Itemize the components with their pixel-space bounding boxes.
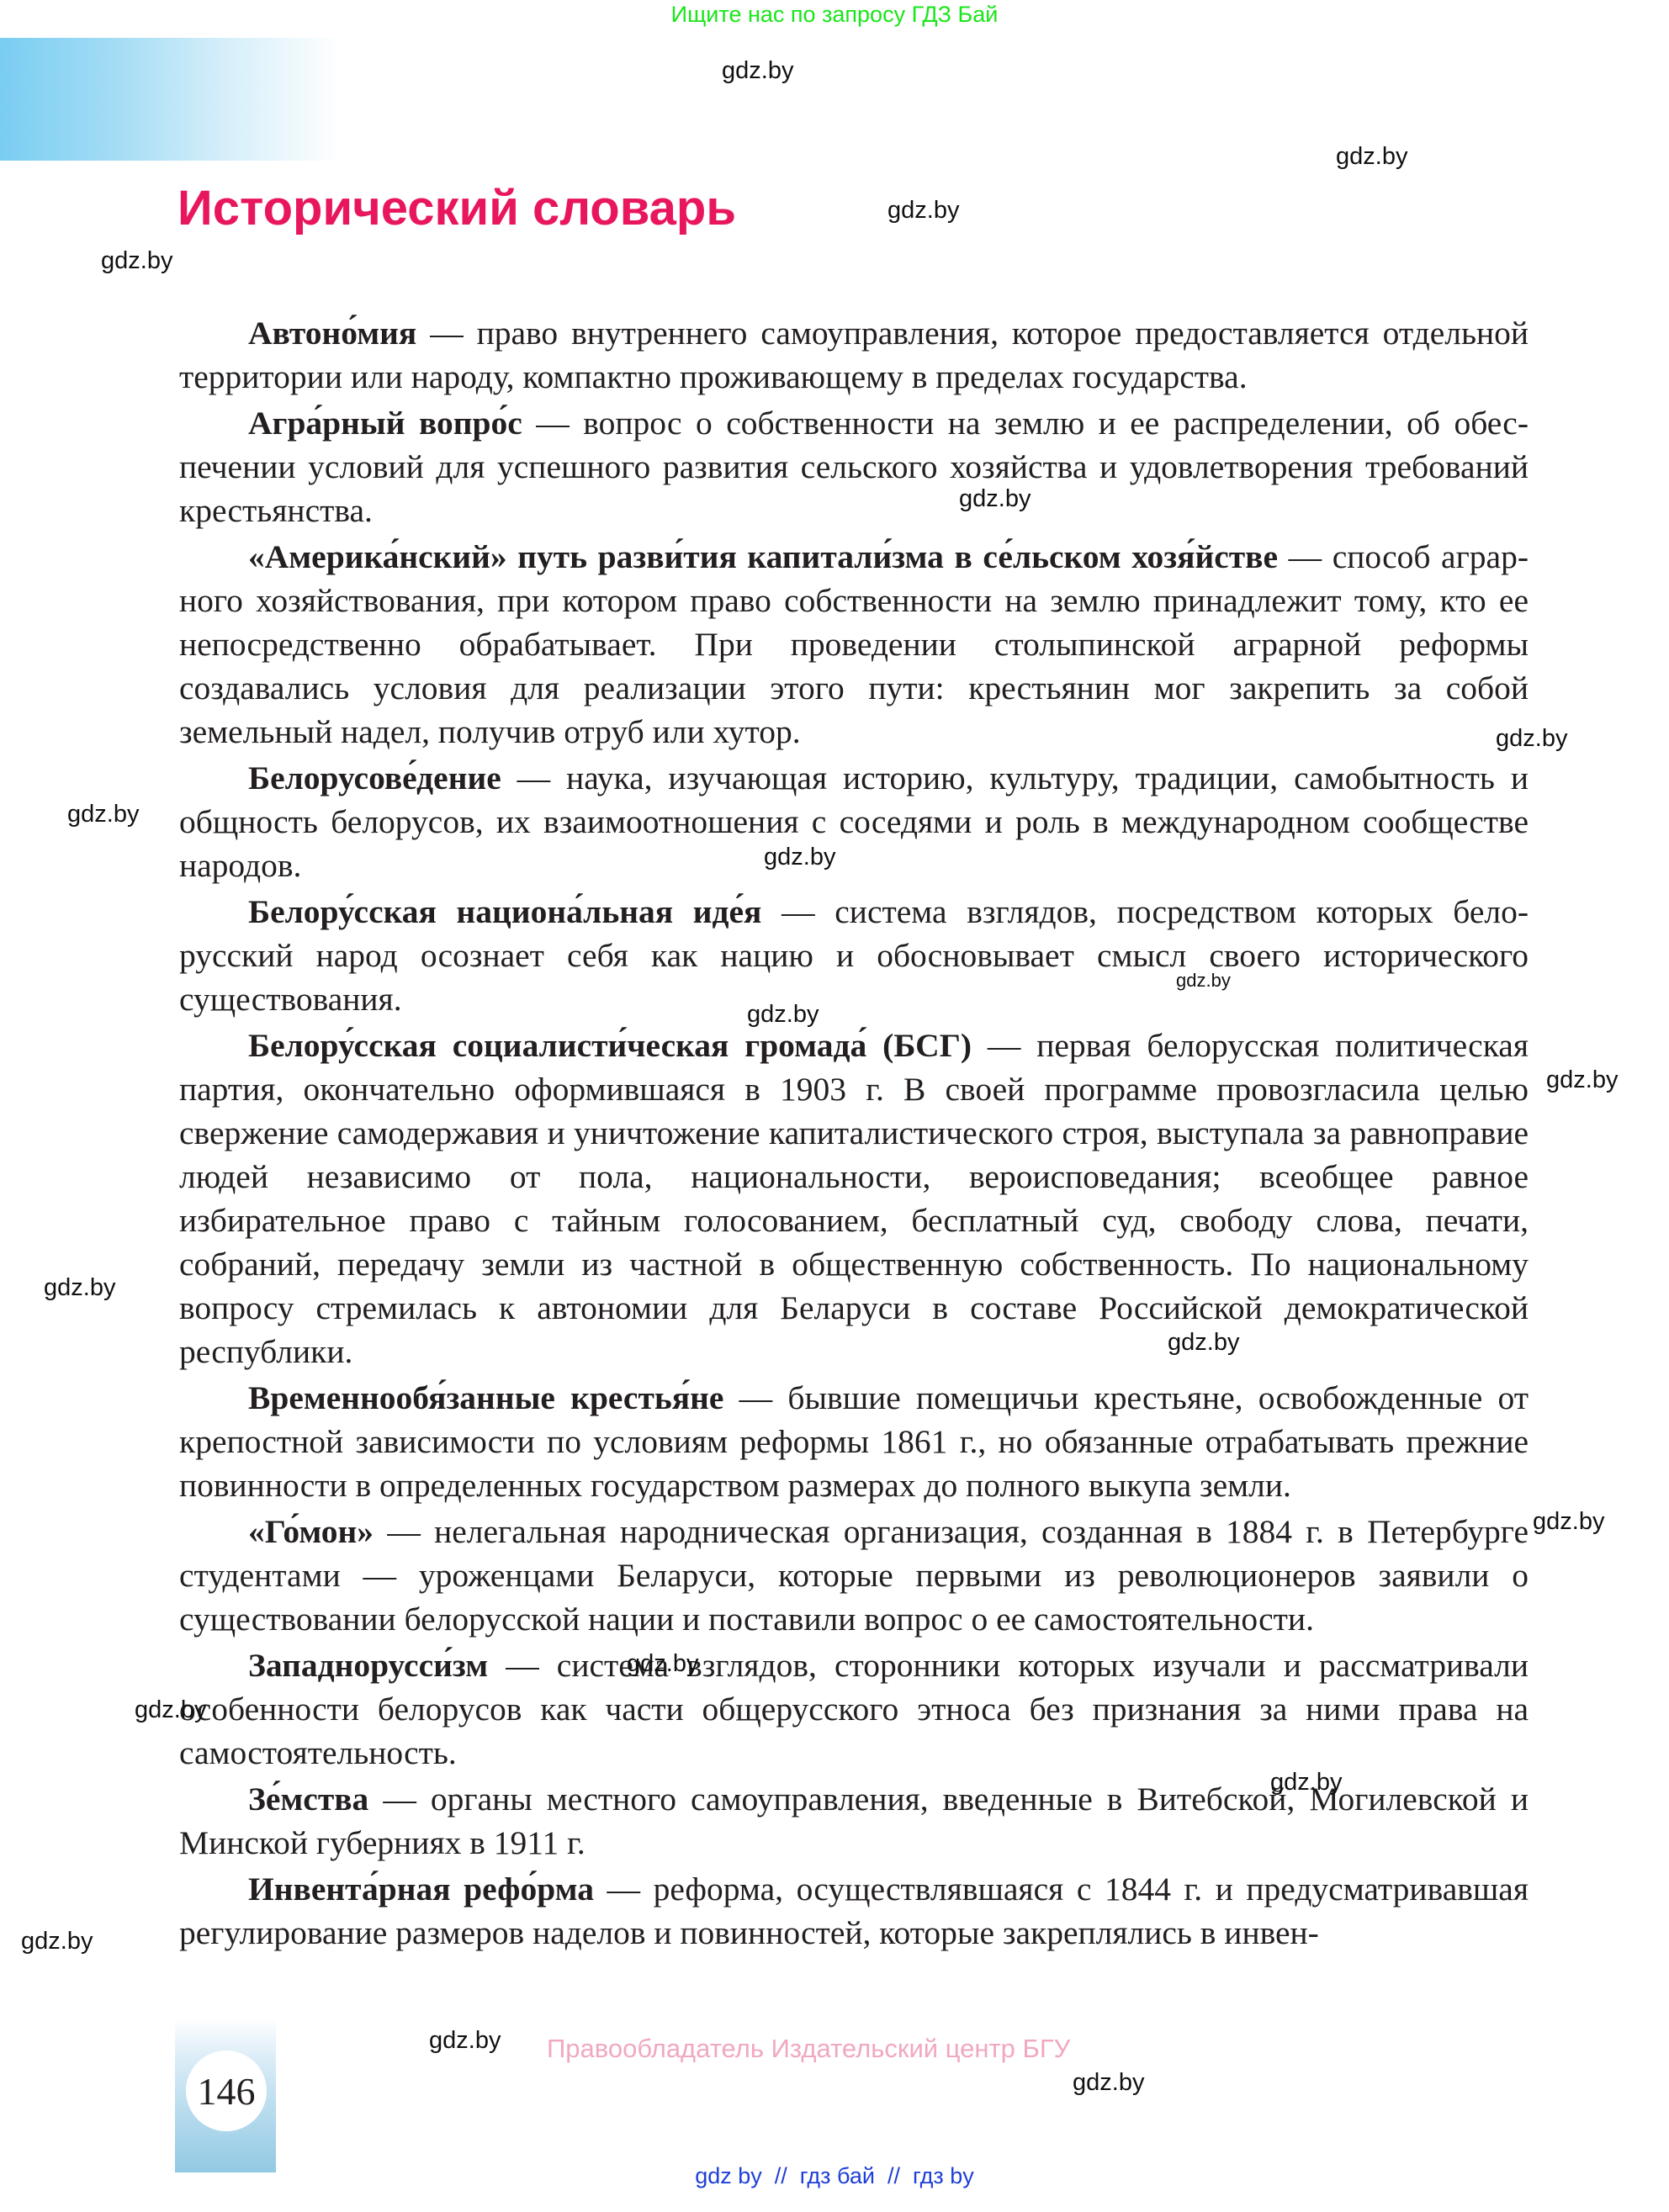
- page-number-tab: 146: [175, 2019, 276, 2172]
- watermark: gdz.by: [959, 485, 1031, 513]
- watermark: gdz.by: [1270, 1769, 1342, 1797]
- watermark: gdz.by: [135, 1696, 206, 1724]
- glossary-entry: Инвента́рная рефо́рма — реформа, осущест…: [179, 1867, 1529, 1955]
- watermark: gdz.by: [747, 1001, 819, 1029]
- glossary-term: Временнообя́занные крестья́не: [248, 1379, 723, 1416]
- glossary-entry: Автоно́мия — право внутреннего самоуправ…: [179, 311, 1529, 399]
- glossary-term: Западнорусси́зм: [248, 1647, 488, 1684]
- glossary-term: Автоно́мия: [248, 315, 416, 352]
- page-title: Исторический словарь: [177, 180, 736, 236]
- glossary-list: Автоно́мия — право внутреннего самоуправ…: [179, 311, 1529, 1957]
- top-search-banner: Ищите нас по запросу ГДЗ Бай: [0, 2, 1669, 28]
- watermark: gdz.by: [1533, 1508, 1604, 1536]
- watermark: gdz.by: [1176, 970, 1231, 992]
- watermark: gdz.by: [1496, 725, 1567, 753]
- watermark: gdz.by: [1336, 143, 1407, 171]
- glossary-entry: Агра́рный вопро́с — вопрос о собственнос…: [179, 401, 1529, 532]
- watermark: gdz.by: [44, 1274, 115, 1302]
- glossary-term: Белорусове́дение: [248, 759, 501, 796]
- glossary-entry: Западнорусси́зм — система взглядов, стор…: [179, 1643, 1529, 1775]
- glossary-term: Зе́мства: [248, 1781, 368, 1818]
- page-number: 146: [198, 2069, 256, 2114]
- watermark: gdz.by: [887, 197, 959, 225]
- glossary-definition: — первая белорусская политическая партия…: [179, 1027, 1529, 1370]
- watermark: gdz.by: [627, 1650, 698, 1678]
- watermark: gdz.by: [1168, 1329, 1239, 1357]
- glossary-entry: «Америка́нский» путь разви́тия капитали́…: [179, 535, 1529, 754]
- glossary-term: Инвента́рная рефо́рма: [248, 1871, 594, 1908]
- watermark: gdz.by: [722, 57, 793, 85]
- glossary-term: «Го́мон»: [248, 1513, 374, 1550]
- glossary-entry: Временнообя́занные крестья́не — бывшие п…: [179, 1376, 1529, 1507]
- glossary-entry: Белорусове́дение — наука, изучающая исто…: [179, 756, 1529, 887]
- glossary-entry: Белору́сская национа́льная иде́я — систе…: [179, 890, 1529, 1021]
- watermark: gdz.by: [101, 247, 172, 275]
- glossary-term: «Америка́нский» путь разви́тия капитали́…: [248, 538, 1278, 575]
- footer-links[interactable]: gdz by // гдз бай // гдз by: [0, 2163, 1669, 2189]
- glossary-entry: «Го́мон» — нелегальная народническая орг…: [179, 1510, 1529, 1641]
- watermark: gdz.by: [429, 2027, 501, 2055]
- glossary-term: Агра́рный вопро́с: [248, 405, 522, 442]
- header-decor-band: [0, 38, 341, 161]
- watermark: gdz.by: [67, 801, 139, 828]
- glossary-term: Белору́сская национа́льная иде́я: [248, 893, 761, 930]
- glossary-entry: Белору́сская социалисти́ческая громада́ …: [179, 1024, 1529, 1373]
- watermark: gdz.by: [1073, 2069, 1144, 2097]
- glossary-definition: — нелегальная народническая организация,…: [179, 1513, 1529, 1638]
- page-number-circle: 146: [186, 2051, 267, 2131]
- copyright-notice: Правообладатель Издательский центр БГУ: [547, 2034, 1070, 2064]
- watermark: gdz.by: [21, 1928, 93, 1955]
- glossary-term: Белору́сская социалисти́ческая громада́ …: [248, 1027, 972, 1064]
- watermark: gdz.by: [764, 844, 835, 871]
- watermark: gdz.by: [1546, 1066, 1618, 1094]
